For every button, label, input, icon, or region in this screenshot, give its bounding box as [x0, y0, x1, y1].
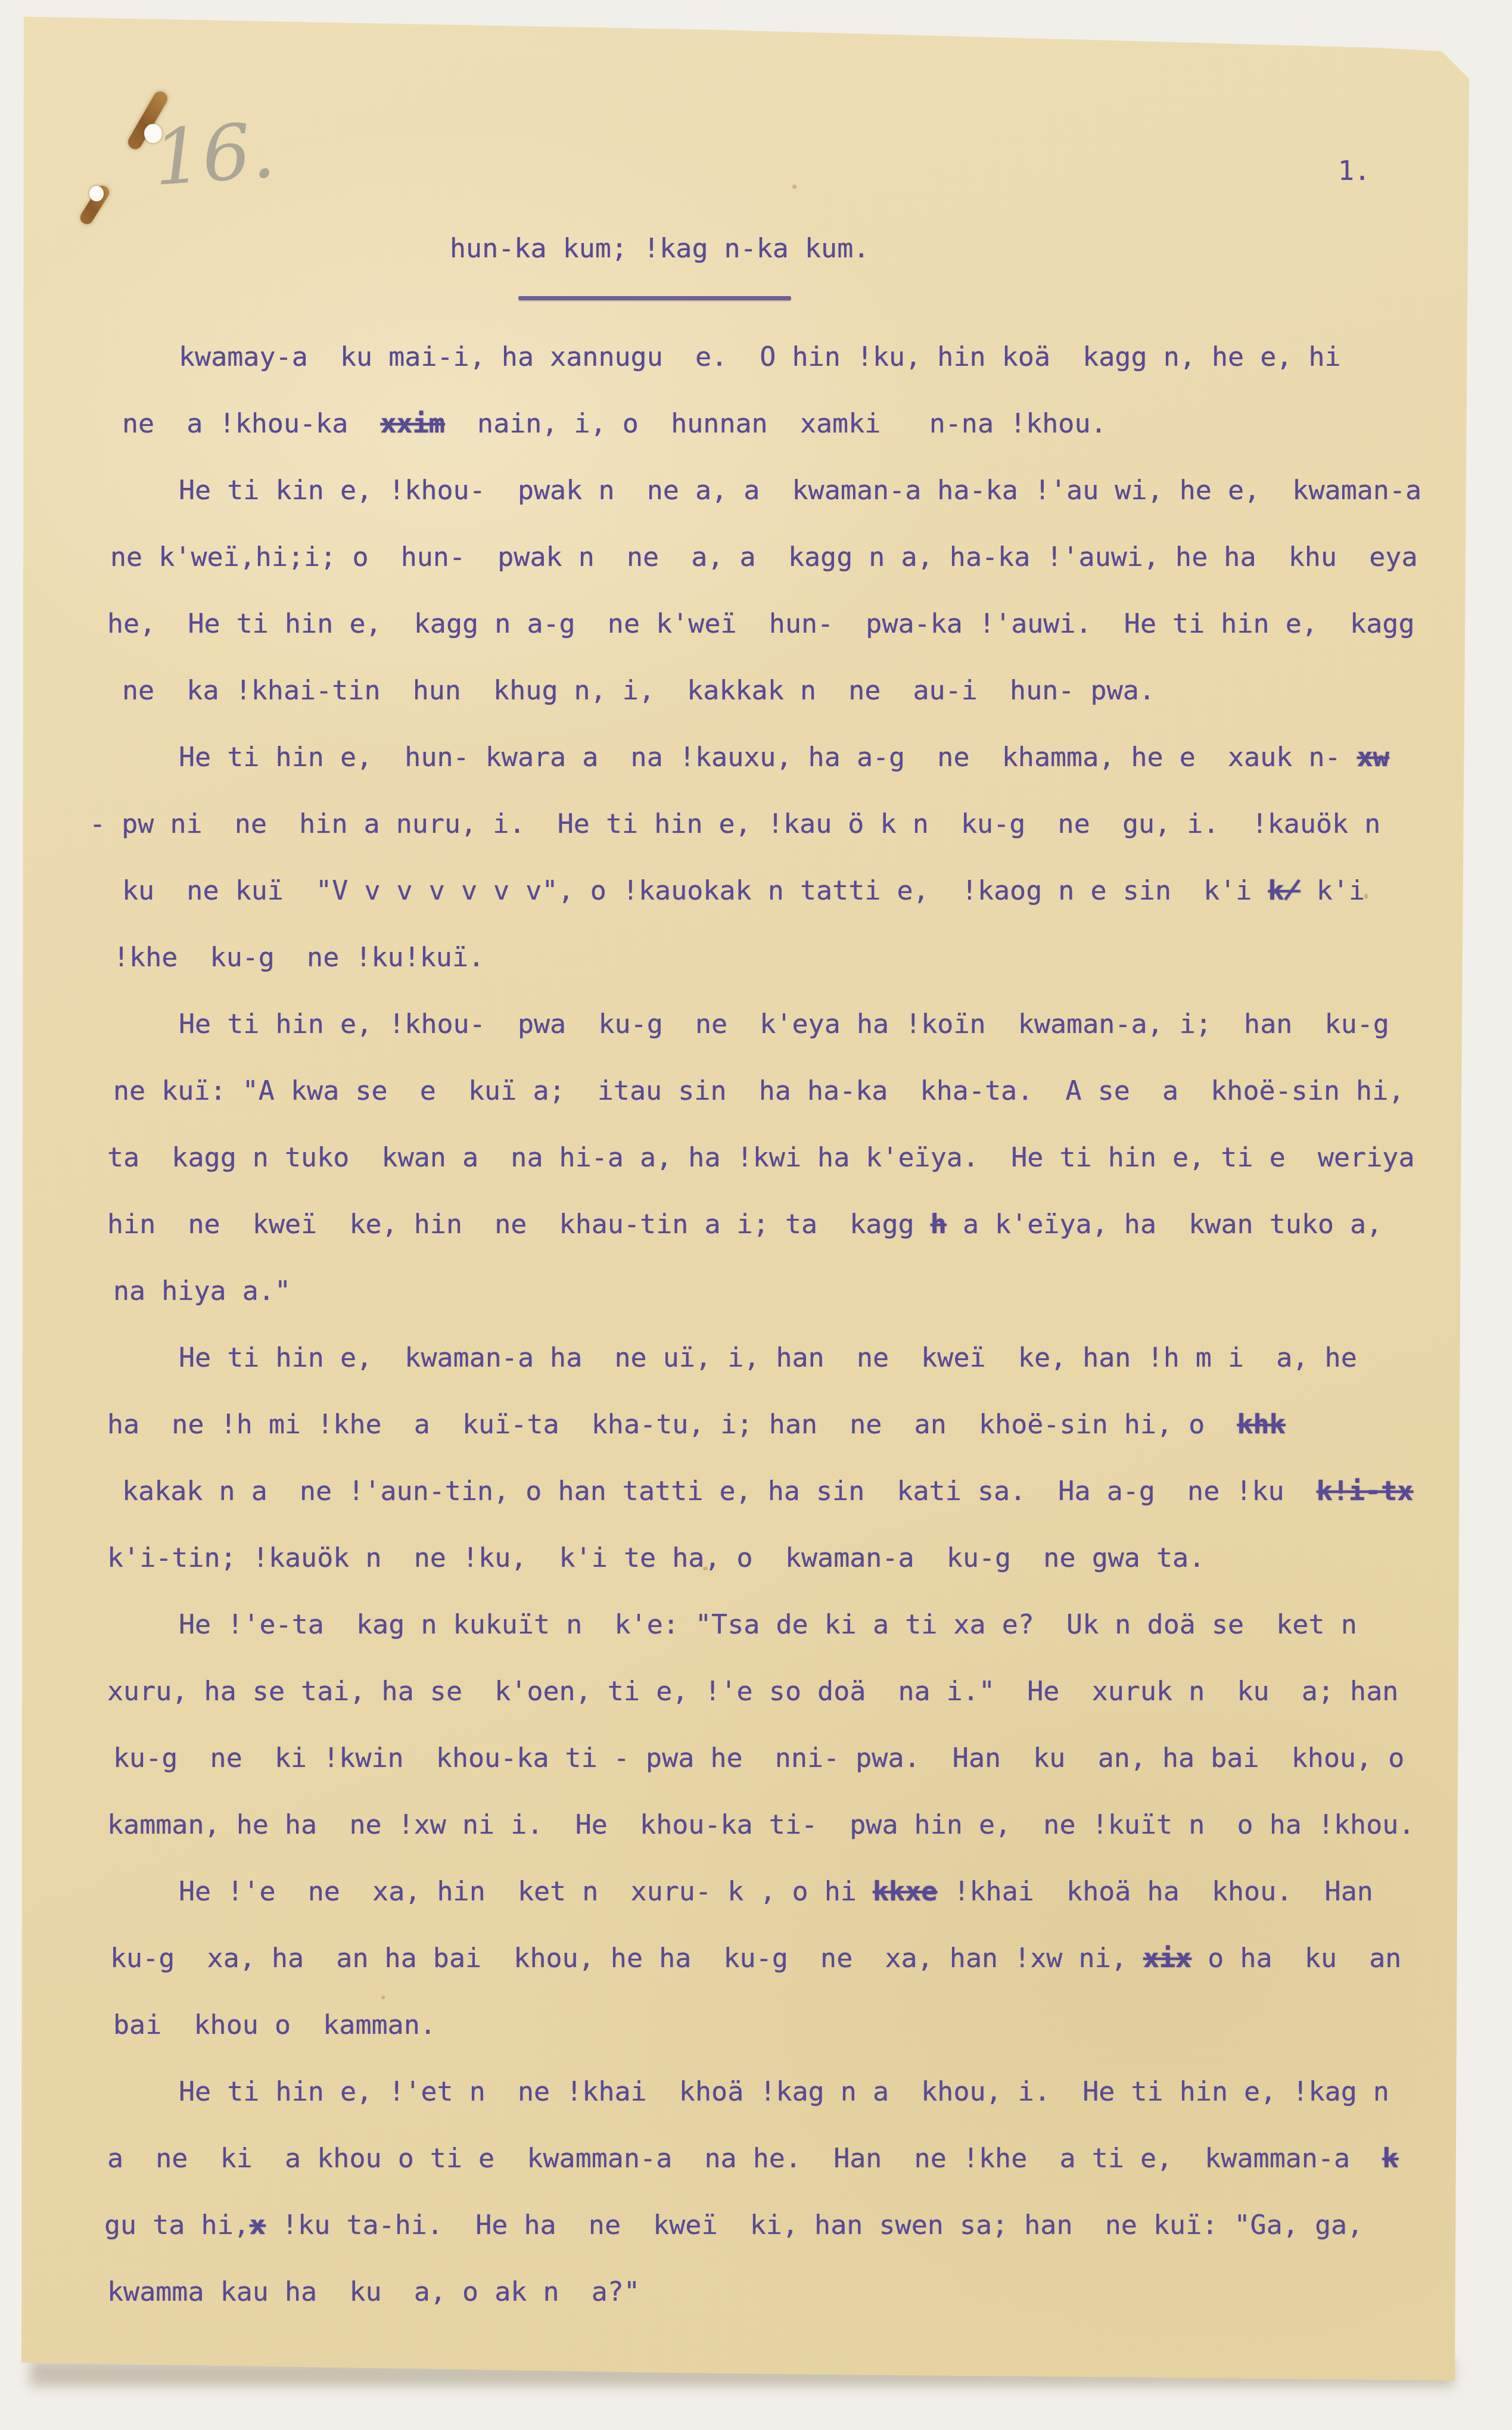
typed-text-segment: - pw ni ne hin a nuru, i. He ti hin e, !… [89, 808, 1380, 839]
typed-line: ku ne kuï "V v v v v v v", o !kauokak n … [122, 875, 1421, 941]
typed-text-segment: nain, i, o hunnan xamki n-na !khou. [445, 407, 1107, 439]
typed-text-segment: k'i [1301, 875, 1365, 906]
paper-speck [381, 1996, 385, 1999]
overstruck-text: k [1382, 2142, 1398, 2174]
typed-text-segment: ne k'weï,hi;i; o hun- pwak n ne a, a kag… [110, 541, 1417, 573]
typed-line: He ti hin e, !khou- pwa ku-g ne k'eya ha… [179, 1008, 1421, 1075]
typed-text-segment: He ti hin e, hun- kwara a na !kauxu, ha … [179, 741, 1357, 773]
typed-text-segment: hin ne kweï ke, hin ne khau-tin a i; ta … [107, 1208, 931, 1240]
typed-line: gu ta hi,x !ku ta-hi. He ha ne kweï ki, … [104, 2209, 1421, 2276]
typed-text-segment: ku ne kuï "V v v v v v v", o !kauokak n … [122, 875, 1268, 906]
typed-line: ha ne !h mi !khe a kuï-ta kha-tu, i; han… [107, 1408, 1421, 1475]
typed-line: xuru, ha se tai, ha se k'oen, ti e, !'e … [107, 1675, 1421, 1742]
typed-line: kwamay-a ku mai-i, ha xannugu e. O hin !… [179, 341, 1421, 407]
typed-text-segment: kamman, he ha ne !xw ni i. He khou-ka ti… [107, 1809, 1414, 1840]
typed-text-segment: a ne ki a khou o ti e kwamman-a na he. H… [107, 2142, 1382, 2174]
overstruck-text: xw [1357, 741, 1389, 773]
typed-text-segment: o ha ku an [1191, 1942, 1401, 1974]
typed-text-segment: ta kagg n tuko kwan a na hi-a a, ha !kwi… [107, 1141, 1414, 1173]
typed-text-segment: He !'e-ta kag n kukuït n k'e: "Tsa de ki… [179, 1608, 1357, 1640]
paper-speck [1364, 894, 1368, 899]
typed-text-segment: a k'eïya, ha kwan tuko a, [947, 1208, 1383, 1240]
overstruck-text: h [931, 1208, 947, 1240]
typed-line: k'i-tin; !kauök n ne !ku, k'i te ha, o k… [107, 1542, 1421, 1608]
overstruck-text: xxim [380, 407, 444, 439]
overstruck-text: xix [1143, 1942, 1191, 1974]
typed-text: kwamay-a ku mai-i, ha xannugu e. O hin !… [122, 341, 1421, 2342]
title-underline [518, 296, 791, 300]
typed-text-segment: ne ka !khai-tin hun khug n, i, kakkak n … [122, 674, 1155, 706]
typed-line: bai khou o kamman. [113, 2009, 1421, 2076]
overstruck-text: khk [1237, 1408, 1285, 1440]
overstruck-text: k!i-tx [1317, 1475, 1414, 1507]
typed-line: kwamma kau ha ku a, o ak n a?" [107, 2276, 1421, 2342]
typed-line: - pw ni ne hin a nuru, i. He ti hin e, !… [89, 808, 1421, 875]
typed-line: a ne ki a khou o ti e kwamman-a na he. H… [107, 2142, 1421, 2209]
scanned-page: 16. 1. hun-ka kum; !kag n-ka kum. kwamay… [0, 0, 1512, 2430]
typed-line: hin ne kweï ke, hin ne khau-tin a i; ta … [107, 1208, 1421, 1275]
typed-line: ta kagg n tuko kwan a na hi-a a, ha !kwi… [107, 1141, 1421, 1208]
typed-text-segment: He ti kin e, !khou- pwak n ne a, a kwama… [179, 474, 1421, 506]
typed-text-segment: ne kuï: "A kwa se e kuï a; itau sin ha h… [113, 1075, 1404, 1106]
typed-line: ne ka !khai-tin hun khug n, i, kakkak n … [122, 674, 1421, 741]
typed-text-segment: kwamay-a ku mai-i, ha xannugu e. O hin !… [179, 341, 1341, 372]
typed-line: ne k'weï,hi;i; o hun- pwak n ne a, a kag… [110, 541, 1421, 608]
paper-speck [703, 1567, 708, 1570]
typed-text-segment: ku-g ne ki !kwin khou-ka ti - pwa he nni… [113, 1742, 1404, 1774]
typed-line: He ti hin e, !'et n ne !khai khoä !kag n… [179, 2076, 1421, 2142]
typed-line: na hiya a." [113, 1275, 1421, 1342]
document-title: hun-ka kum; !kag n-ka kum. [450, 232, 869, 264]
typed-line: ne kuï: "A kwa se e kuï a; itau sin ha h… [113, 1075, 1421, 1141]
typed-text-segment: gu ta hi, [104, 2209, 250, 2241]
typed-line: He !'e-ta kag n kukuït n k'e: "Tsa de ki… [179, 1608, 1421, 1675]
typed-line: He ti hin e, kwaman-a ha ne uï, i, han n… [179, 1342, 1421, 1408]
typed-text-segment: kakak n a ne !'aun-tin, o han tatti e, h… [122, 1475, 1317, 1507]
typed-line: ne a !khou-ka xxim nain, i, o hunnan xam… [122, 407, 1421, 474]
typed-line: kakak n a ne !'aun-tin, o han tatti e, h… [122, 1475, 1421, 1542]
typed-line: !khe ku-g ne !ku!kuï. [113, 941, 1421, 1008]
typed-text-segment: ha ne !h mi !khe a kuï-ta kha-tu, i; han… [107, 1408, 1237, 1440]
overstruck-text: kkxe [873, 1875, 937, 1907]
typed-line: he, He ti hin e, kagg n a-g ne k'weï hun… [107, 608, 1421, 674]
paper-sheet: 16. 1. hun-ka kum; !kag n-ka kum. kwamay… [0, 0, 1512, 2430]
overstruck-text: k̸ [1268, 875, 1301, 906]
typed-line: He !'e ne xa, hin ket n xuru- k , o hi k… [179, 1875, 1421, 1942]
typed-line: ku-g xa, ha an ha bai khou, he ha ku-g n… [110, 1942, 1421, 2009]
typed-text-segment: na hiya a." [113, 1275, 291, 1306]
typed-text-segment: kwamma kau ha ku a, o ak n a?" [107, 2276, 640, 2307]
typed-line: He ti hin e, hun- kwara a na !kauxu, ha … [179, 741, 1421, 808]
typed-text-segment: ku-g xa, ha an ha bai khou, he ha ku-g n… [110, 1942, 1143, 1974]
typed-text-segment: He ti hin e, kwaman-a ha ne uï, i, han n… [179, 1342, 1357, 1373]
typed-text-segment: !khe ku-g ne !ku!kuï. [113, 941, 484, 973]
typed-text-segment: ne a !khou-ka [122, 407, 380, 439]
typed-text-segment: He ti hin e, !'et n ne !khai khoä !kag n… [179, 2076, 1389, 2107]
pencil-page-note: 16. [151, 106, 278, 203]
typed-text-segment: he, He ti hin e, kagg n a-g ne k'weï hun… [107, 608, 1414, 639]
page-number: 1. [1338, 155, 1370, 186]
typed-text-segment: He !'e ne xa, hin ket n xuru- k , o hi [179, 1875, 873, 1907]
typed-text-segment: k'i-tin; !kauök n ne !ku, k'i te ha, o k… [107, 1542, 1205, 1573]
typed-text-segment: He ti hin e, !khou- pwa ku-g ne k'eya ha… [179, 1008, 1389, 1040]
overstruck-text: x [250, 2209, 266, 2241]
typed-text-segment: !khai khoä ha khou. Han [937, 1875, 1373, 1907]
typed-text-segment: bai khou o kamman. [113, 2009, 436, 2040]
typed-text-segment: !ku ta-hi. He ha ne kweï ki, han swen sa… [266, 2209, 1363, 2241]
paper-speck [792, 185, 797, 189]
typed-line: ku-g ne ki !kwin khou-ka ti - pwa he nni… [113, 1742, 1421, 1809]
typed-line: He ti kin e, !khou- pwak n ne a, a kwama… [179, 474, 1421, 541]
typed-text-segment: xuru, ha se tai, ha se k'oen, ti e, !'e … [107, 1675, 1398, 1707]
typed-line: kamman, he ha ne !xw ni i. He khou-ka ti… [107, 1809, 1421, 1875]
paper-chip-left [89, 186, 104, 201]
